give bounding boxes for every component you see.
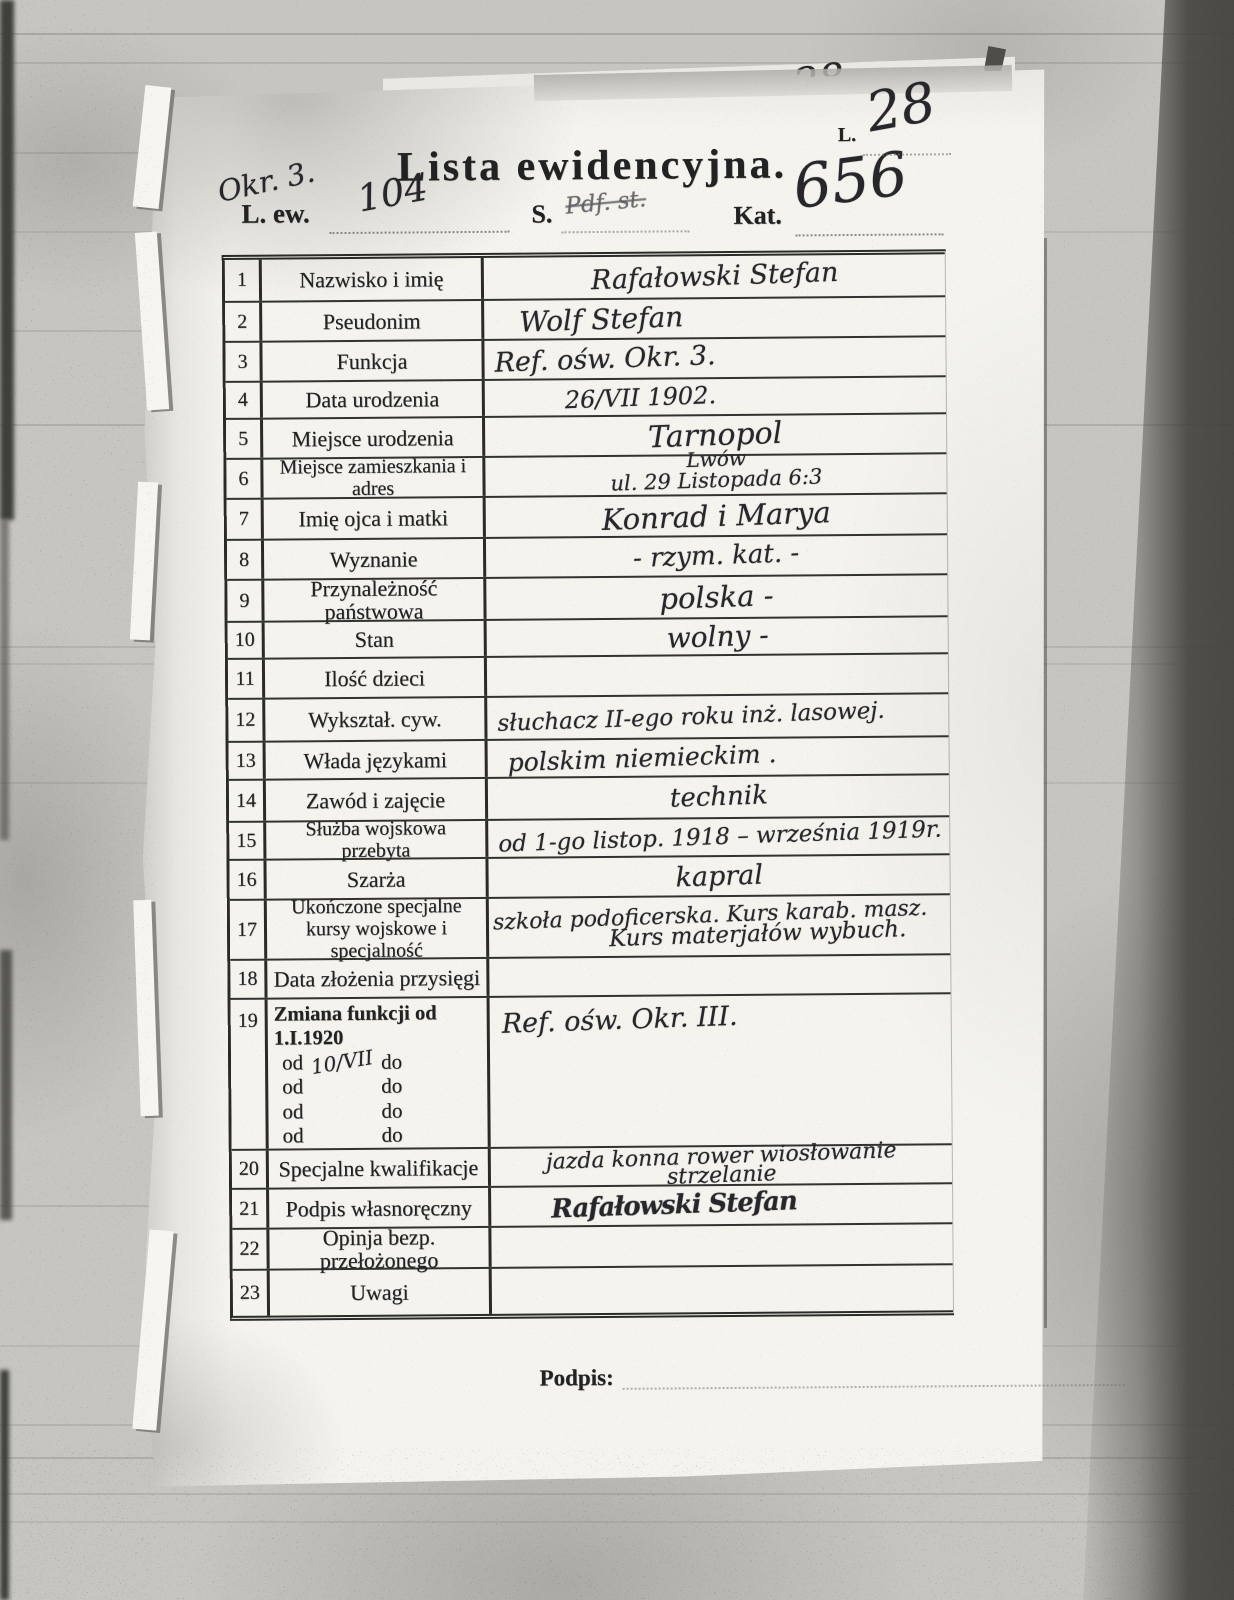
table-row: 8 Wyznanie - rzym. kat. -: [227, 535, 947, 581]
table-row: 11 Ilość dzieci: [228, 654, 948, 700]
row-label: Stan: [265, 621, 487, 658]
row-label: Włada językami: [266, 741, 488, 779]
row-label: Pseudonim: [262, 301, 484, 341]
od-date-blank: [304, 1135, 382, 1136]
row-number: 7: [227, 500, 264, 539]
do-label: do: [382, 1124, 403, 1147]
podpis-label: Podpis:: [539, 1365, 613, 1392]
dotted-leader-line: [561, 202, 689, 233]
row-number: 3: [225, 343, 262, 381]
od-label: od: [282, 1100, 303, 1123]
registration-table: 1 Nazwisko i imię Rafałowski Stefan 2 Ps…: [222, 249, 954, 1321]
row-number: 11: [228, 660, 265, 698]
row-label: Data złożenia przysięgi: [267, 959, 489, 998]
dotted-leader-line: [795, 203, 943, 236]
row-label: Wyznanie: [264, 539, 486, 579]
row-label: Imię ojca i matki: [264, 498, 486, 539]
table-row: 6 Miejsce zamieszkania i adres Lwów ul. …: [226, 454, 946, 500]
row-value-handwritten: Ref. ośw. Okr. 3.: [494, 340, 716, 379]
row-number: 17: [230, 901, 267, 959]
row-number: 10: [228, 623, 265, 658]
l-label: L.: [838, 124, 857, 147]
row-label: Specjalne kwalifikacje: [269, 1149, 491, 1188]
table-row: 18 Data złożenia przysięgi: [230, 955, 950, 1000]
table-row: 23 Uwagi: [233, 1265, 953, 1316]
row-label: Funkcja: [262, 341, 484, 381]
row-label: Ilość dzieci: [265, 658, 487, 698]
row-number: 13: [229, 743, 266, 779]
row-value-handwritten-line2: strzelanie: [666, 1164, 776, 1187]
row-label: Nazwisko i imię: [262, 258, 484, 301]
row-number: 2: [225, 303, 262, 341]
l-ew-label: L. ew.: [241, 198, 310, 230]
od-date-blank: [303, 1086, 381, 1087]
table-row: 3 Funkcja Ref. ośw. Okr. 3.: [225, 337, 945, 383]
table-row: 21 Podpis własnoręczny Rafałowski Stefan: [232, 1184, 952, 1230]
od-date-blank: [303, 1111, 381, 1112]
table-row: 15 Służba wojskowa przebyta od 1-go list…: [229, 817, 949, 861]
s-label: S.: [531, 199, 552, 229]
do-label: do: [381, 1075, 402, 1098]
row-value-handwritten: Wolf Stefan: [519, 300, 684, 339]
kat-label: Kat.: [733, 201, 782, 231]
row-value-handwritten: 26/VII 1902.: [564, 381, 716, 414]
page-title: Lista ewidencyjna.: [397, 141, 787, 192]
row-value-handwritten: - rzym. kat. -: [633, 538, 800, 574]
table-row: 2 Pseudonim Wolf Stefan: [225, 297, 945, 343]
row-label: Miejsce urodzenia: [263, 418, 485, 458]
row-number: 9: [227, 581, 264, 621]
do-label: do: [381, 1099, 402, 1122]
row-label: Zmiana funkcji od 1.I.1920: [274, 1001, 483, 1051]
table-row: 12 Wykształ. cyw. słuchacz II-ego roku i…: [228, 694, 948, 743]
table-row: 7 Imię ojca i matki Konrad i Marya: [227, 494, 947, 541]
row-value-handwritten: technik: [669, 780, 768, 813]
do-label: do: [381, 1050, 402, 1073]
row-label: Data urodzenia: [263, 381, 485, 418]
row-number: 23: [233, 1271, 270, 1316]
row-value-handwritten: wolny -: [666, 618, 769, 654]
od-label: od: [282, 1051, 303, 1074]
row-number: 19: [231, 1000, 269, 1149]
row-label: Szarża: [266, 859, 488, 899]
row-number: 8: [227, 541, 264, 579]
row-label: Służba wojskowa przebyta: [266, 821, 488, 859]
row-number: 1: [225, 260, 262, 301]
row-number: 16: [229, 861, 266, 899]
scanned-document-page: 28 Okr. 3. Lista ewidencyjna. L. ew. 104…: [0, 0, 1234, 1600]
row-value-handwritten: polskim niemieckim .: [507, 739, 777, 777]
row-value-handwritten: Konrad i Marya: [601, 495, 831, 537]
dotted-signature-line: [622, 1358, 1124, 1390]
od-label: od: [282, 1076, 303, 1099]
od-do-line: od do: [274, 1099, 402, 1125]
row-value-handwritten: kapral: [675, 859, 763, 893]
row-number: 14: [229, 781, 266, 821]
row-label: Uwagi: [270, 1269, 492, 1316]
row-number: 15: [229, 823, 266, 859]
row-label: Opinja bezp. przełożonego: [269, 1228, 491, 1269]
row-number: 21: [232, 1190, 269, 1228]
row-value-handwritten: Ref. ośw. Okr. III.: [501, 1001, 738, 1040]
od-label: od: [283, 1125, 304, 1148]
row-value-handwritten: Rafałowski Stefan: [590, 257, 838, 296]
table-row: 1 Nazwisko i imię Rafałowski Stefan: [225, 254, 945, 303]
table-row: 10 Stan wolny -: [228, 617, 948, 660]
table-row: 22 Opinja bezp. przełożonego: [232, 1224, 952, 1271]
row-value-handwritten-line2: ul. 29 Listopada 6:3: [610, 466, 823, 494]
signature-handwritten: Rafałowski Stefan: [551, 1186, 798, 1224]
table-row: 14 Zawód i zajęcie technik: [229, 775, 949, 823]
row-label: Wykształ. cyw.: [265, 698, 487, 741]
row-number: 22: [232, 1230, 269, 1269]
table-row: 17 Ukończone specjalne kursy wojskowe i …: [230, 895, 950, 961]
row-label-group: Zmiana funkcji od 1.I.1920 od 10/VII do …: [268, 998, 491, 1149]
dotted-leader-line: [863, 125, 951, 156]
row-label: Podpis własnoręczny: [269, 1188, 491, 1228]
row-value-handwritten: od 1-go listop. 1918 – września 1919r.: [498, 817, 942, 858]
row-label: Miejsce zamieszkania i adres: [263, 458, 485, 498]
od-do-line: od 10/VII do: [274, 1050, 402, 1076]
od-do-line: od do: [275, 1123, 403, 1149]
table-row: 16 Szarża kapral: [229, 855, 949, 901]
page-content: Okr. 3. Lista ewidencyjna. L. ew. 104 S.…: [0, 0, 1234, 1600]
table-row: 9 Przynależność państwowa polska -: [227, 575, 947, 623]
od-do-line: od do: [274, 1074, 402, 1100]
table-row: 20 Specjalne kwalifikacje jazda konna ro…: [232, 1145, 952, 1190]
row-number: 12: [228, 700, 265, 741]
row-number: 20: [232, 1151, 269, 1188]
row-number: 18: [230, 961, 267, 998]
row-label: Ukończone specjalne kursy wojskowe i spe…: [267, 899, 489, 959]
table-row: 4 Data urodzenia 26/VII 1902.: [226, 377, 946, 420]
row-value-handwritten: polska -: [659, 578, 774, 616]
table-row: 13 Włada językami polskim niemieckim .: [229, 737, 949, 781]
row-number: 4: [226, 383, 263, 418]
row-number: 5: [226, 420, 263, 458]
row-value-handwritten: słuchacz II-ego roku inż. lasowej.: [497, 697, 885, 736]
table-row: 19 Zmiana funkcji od 1.I.1920 od 10/VII …: [231, 994, 952, 1151]
row-label: Przynależność państwowa: [264, 579, 486, 621]
dotted-leader-line: [329, 201, 509, 234]
row-label: Zawód i zajęcie: [266, 779, 488, 821]
row-number: 6: [226, 460, 263, 498]
